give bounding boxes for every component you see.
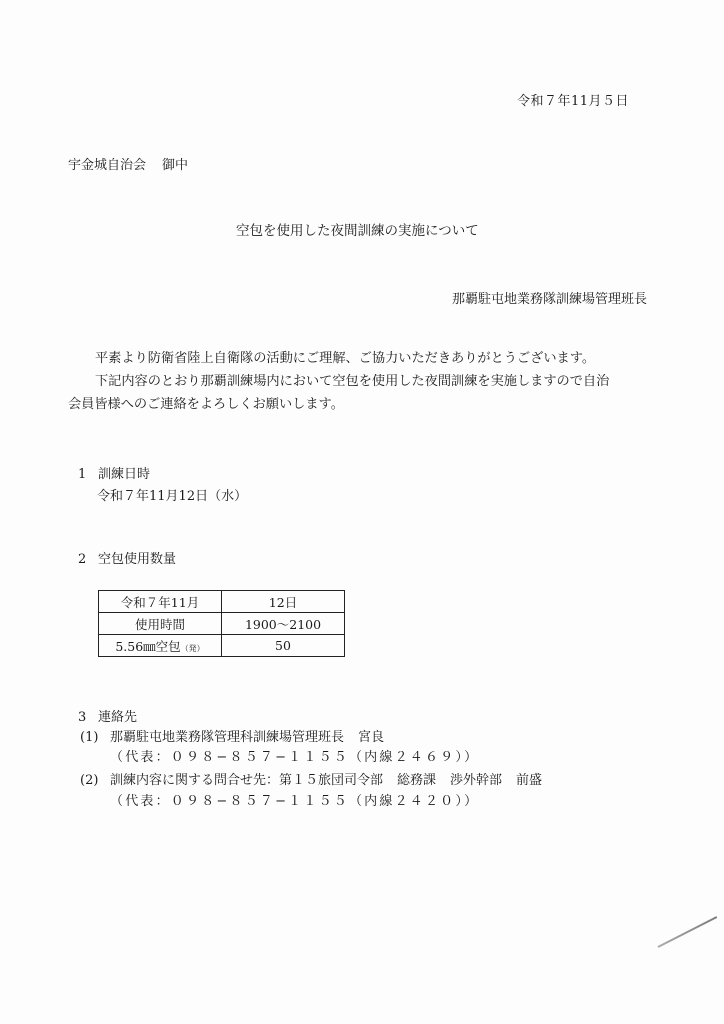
- section-title: 空包使用数量: [98, 552, 176, 567]
- section-number: 2: [78, 552, 98, 567]
- body-text: 平素より防衛省陸上自衛隊の活動にご理解、ご協力いただきありがとうございます。 下…: [68, 347, 609, 416]
- table-cell-label: 5.56㎜空包（発）: [99, 635, 222, 657]
- body-paragraph-2-line-1: 下記内容のとおり那覇訓練場内において空包を使用した夜間訓練を実施しますので自治: [95, 374, 609, 389]
- contact-1-phone: （代表：０９８−８５７−１１５５（内線２４６９））: [110, 746, 479, 765]
- document-title: 空包を使用した夜間訓練の実施について: [236, 219, 479, 239]
- body-paragraph-2-line-2: 会員皆様へのご連絡をよろしくお願いします。: [68, 397, 344, 412]
- contact-section: 渉外幹部: [450, 773, 502, 788]
- blank-ammo-table: 令和７年11月 12日 使用時間 1900〜2100 5.56㎜空包（発） 50: [98, 590, 345, 657]
- contact-name: 前盛: [516, 773, 542, 788]
- body-paragraph-1: 平素より防衛省陸上自衛隊の活動にご理解、ご協力いただきありがとうございます。: [95, 351, 595, 366]
- contact-index: (2): [80, 773, 110, 788]
- table-cell-value: 50: [222, 635, 345, 657]
- recipient-name: 宇金城自治会: [68, 158, 146, 173]
- contact-2-phone: （代表：０９８−８５７−１１５５（内線２４２０））: [110, 790, 479, 809]
- unit-label: （発）: [181, 644, 205, 653]
- training-datetime: 令和７年11月12日（水）: [97, 485, 247, 504]
- contact-name: 宮良: [358, 730, 384, 745]
- section-number: 1: [78, 467, 98, 482]
- document-date: 令和７年11月５日: [517, 90, 629, 109]
- section-title: 訓練日時: [98, 467, 150, 482]
- table-cell-value: 1900〜2100: [222, 613, 345, 635]
- ammo-type: 5.56㎜空包: [115, 639, 180, 654]
- table-row: 令和７年11月 12日: [99, 591, 345, 613]
- table-row: 使用時間 1900〜2100: [99, 613, 345, 635]
- contact-2: (2)訓練内容に関する問合せ先：第１５旅団司令部総務課渉外幹部前盛: [80, 769, 542, 788]
- table-cell-label: 使用時間: [99, 613, 222, 635]
- sender: 那覇駐屯地業務隊訓練場管理班長: [452, 288, 647, 307]
- contact-index: (1): [80, 730, 110, 745]
- section-1-heading: 1訓練日時: [78, 463, 150, 482]
- section-number: 3: [78, 710, 98, 725]
- table-cell-value: 12日: [222, 591, 345, 613]
- section-3-heading: 3連絡先: [78, 706, 137, 725]
- contact-1: (1)那覇駐屯地業務隊管理科訓練場管理班長宮良: [80, 726, 384, 745]
- contact-dept: 総務課: [397, 773, 436, 788]
- section-title: 連絡先: [98, 710, 137, 725]
- recipient-honorific: 御中: [162, 158, 188, 173]
- contact-org: 那覇駐屯地業務隊管理科訓練場管理班長: [110, 730, 344, 745]
- section-2-heading: 2空包使用数量: [78, 548, 176, 567]
- contact-org: 訓練内容に関する問合せ先：第１５旅団司令部: [110, 773, 383, 788]
- recipient: 宇金城自治会御中: [68, 154, 188, 173]
- scan-pen-mark: [658, 916, 718, 948]
- table-cell-label: 令和７年11月: [99, 591, 222, 613]
- table-row: 5.56㎜空包（発） 50: [99, 635, 345, 657]
